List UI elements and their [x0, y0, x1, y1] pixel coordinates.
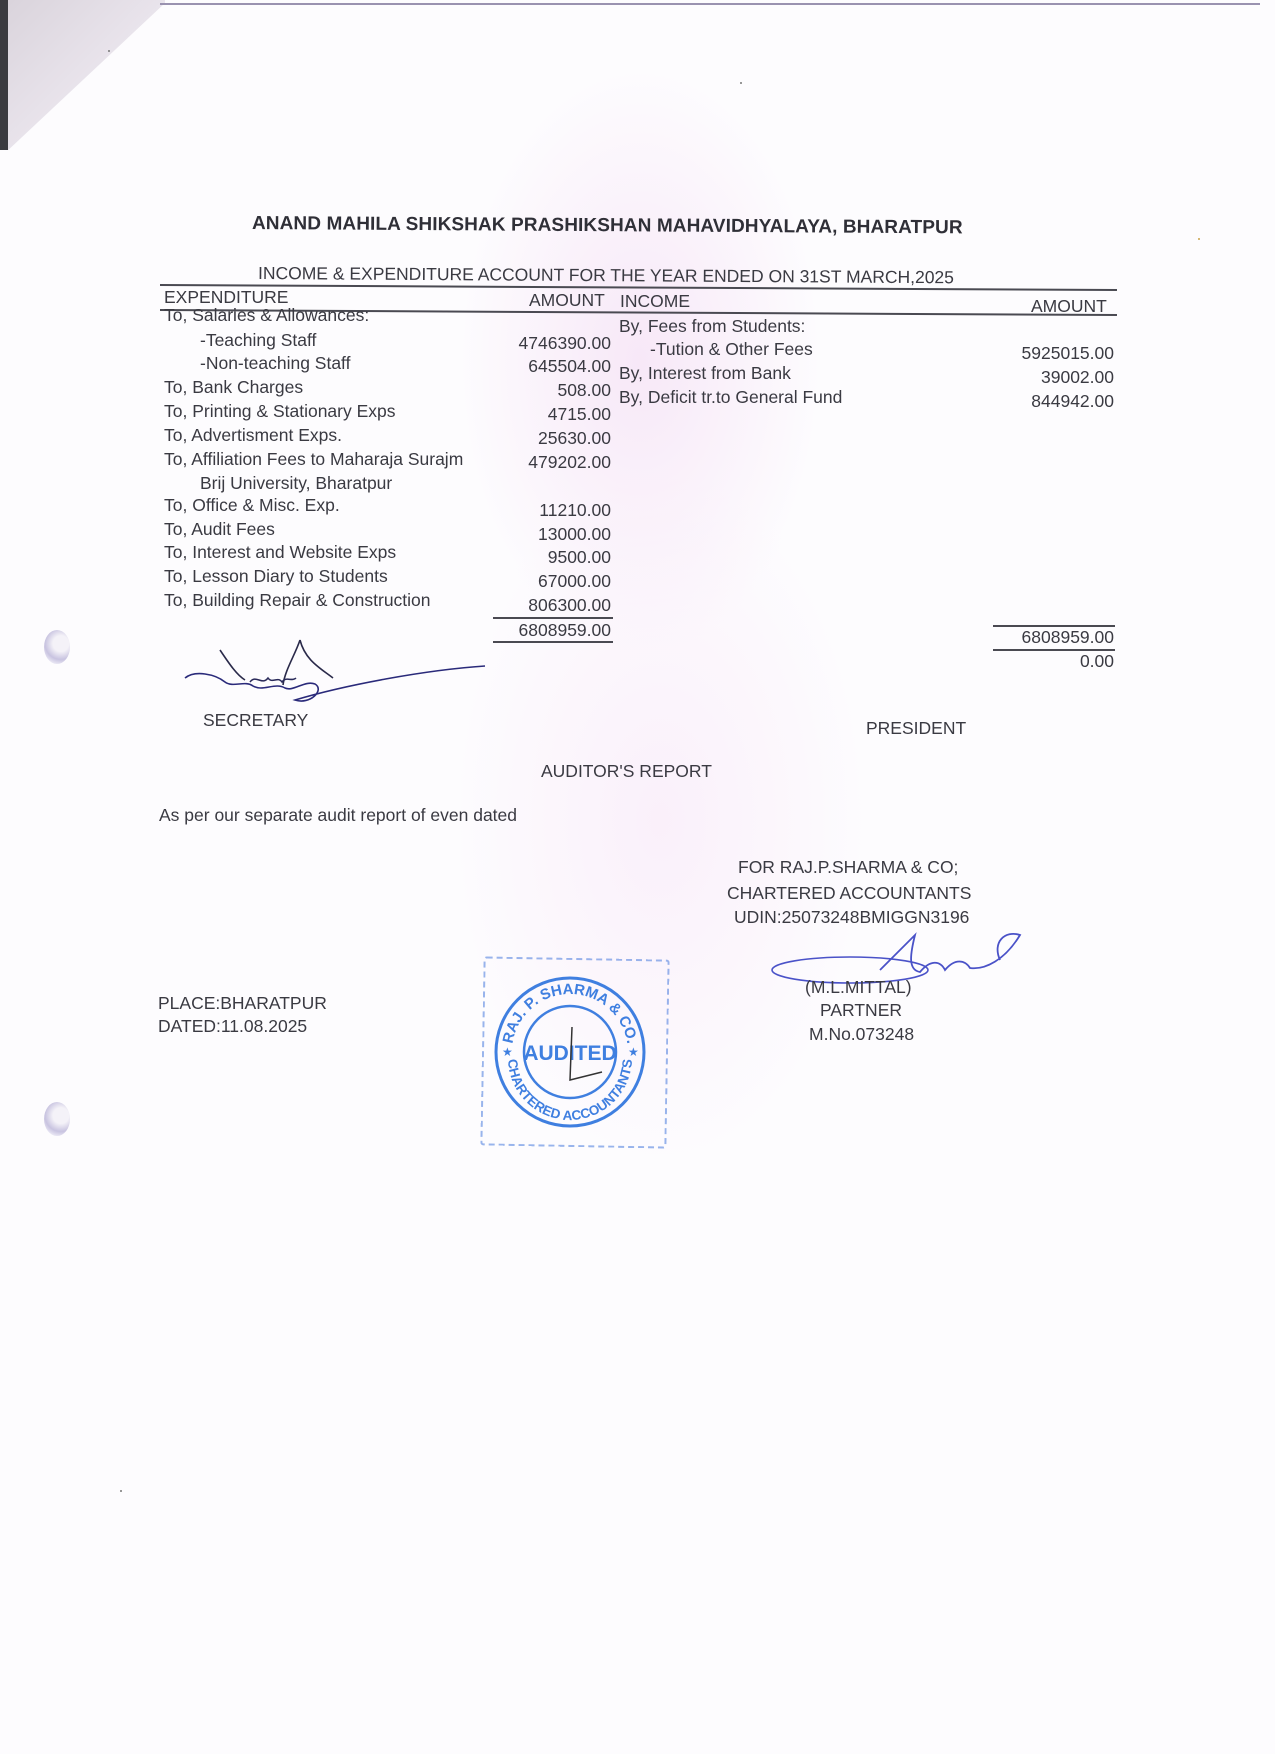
income-item-label: By, Fees from Students: — [619, 316, 805, 337]
income-header: INCOME — [620, 291, 690, 312]
scan-speck — [120, 1490, 122, 1492]
expenditure-item-amount: 11210.00 — [471, 500, 611, 521]
expenditure-item-label: To, Salaries & Allowances: — [164, 305, 369, 326]
expenditure-item-label: To, Building Repair & Construction — [164, 590, 431, 611]
income-item-amount: 844942.00 — [974, 391, 1114, 412]
svg-text:RAJ. P. SHARMA & CO.: RAJ. P. SHARMA & CO. — [500, 981, 641, 1045]
expenditure-item-amount: 4715.00 — [471, 404, 611, 425]
expenditure-item-label: Brij University, Bharatpur — [200, 473, 392, 494]
expenditure-item-label: To, Interest and Website Exps — [164, 542, 396, 563]
expenditure-item-amount: 25630.00 — [471, 428, 611, 449]
partner-title: PARTNER — [820, 1000, 902, 1021]
scan-speck — [108, 50, 110, 52]
expenditure-item-label: To, Audit Fees — [164, 519, 275, 540]
audit-statement: As per our separate audit report of even… — [159, 805, 517, 826]
income-item-label: By, Interest from Bank — [619, 363, 791, 384]
expenditure-item-amount: 4746390.00 — [471, 333, 611, 354]
expenditure-item-amount: 479202.00 — [471, 452, 611, 473]
expenditure-item-label: To, Lesson Diary to Students — [164, 566, 388, 587]
place-label: PLACE:BHARATPUR — [158, 993, 327, 1014]
auditor-firm-type: CHARTERED ACCOUNTANTS — [727, 883, 971, 904]
expenditure-item-amount: 67000.00 — [471, 571, 611, 592]
svg-text:★: ★ — [502, 1045, 513, 1059]
scan-speck — [740, 82, 742, 84]
income-item-amount: 5925015.00 — [974, 343, 1114, 364]
expenditure-item-amount: 13000.00 — [471, 524, 611, 545]
punch-hole — [44, 1102, 70, 1136]
expenditure-total-rule-bottom — [493, 641, 613, 643]
expenditure-item-label: To, Affiliation Fees to Maharaja Surajm — [164, 449, 463, 470]
expenditure-item-amount: 645504.00 — [471, 356, 611, 377]
expenditure-item-label: -Teaching Staff — [200, 330, 316, 351]
income-item-amount: 39002.00 — [974, 367, 1114, 388]
expenditure-total-rule-top — [493, 617, 613, 619]
expenditure-item-label: To, Office & Misc. Exp. — [164, 495, 340, 516]
svg-text:★: ★ — [628, 1045, 639, 1059]
expenditure-item-amount: 806300.00 — [471, 595, 611, 616]
income-item-label: -Tution & Other Fees — [650, 339, 813, 360]
expenditure-item-label: To, Bank Charges — [164, 377, 303, 398]
income-item-label: By, Deficit tr.to General Fund — [619, 387, 842, 408]
audited-stamp: RAJ. P. SHARMA & CO. CHARTERED ACCOUNTAN… — [490, 972, 650, 1132]
date-label: DATED:11.08.2025 — [158, 1016, 307, 1037]
membership-number: M.No.073248 — [809, 1024, 914, 1045]
udin-number: UDIN:25073248BMIGGN3196 — [734, 907, 969, 928]
institution-name: ANAND MAHILA SHIKSHAK PRASHIKSHAN MAHAVI… — [252, 213, 963, 239]
expenditure-item-amount: 9500.00 — [471, 547, 611, 568]
secretary-label: SECRETARY — [203, 710, 308, 731]
difference-amount: 0.00 — [974, 651, 1114, 672]
page-background — [0, 0, 1275, 1754]
president-label: PRESIDENT — [866, 718, 966, 739]
expenditure-item-label: To, Advertisment Exps. — [164, 425, 342, 446]
punch-hole — [44, 630, 70, 664]
partner-name: (M.L.MITTAL) — [805, 977, 912, 998]
income-amount-header: AMOUNT — [1031, 296, 1107, 317]
expenditure-item-label: To, Printing & Stationary Exps — [164, 401, 396, 422]
expenditure-amount-header: AMOUNT — [529, 290, 605, 311]
expenditure-item-amount: 508.00 — [471, 380, 611, 401]
page-top-edge — [160, 3, 1260, 5]
auditor-firm: FOR RAJ.P.SHARMA & CO; — [738, 857, 958, 878]
secretary-signature — [175, 630, 495, 710]
scan-edge — [0, 0, 8, 150]
scan-speck — [1198, 238, 1200, 240]
auditor-report-heading: AUDITOR'S REPORT — [541, 761, 712, 782]
income-total: 6808959.00 — [974, 627, 1114, 648]
expenditure-item-label: -Non-teaching Staff — [200, 353, 350, 374]
